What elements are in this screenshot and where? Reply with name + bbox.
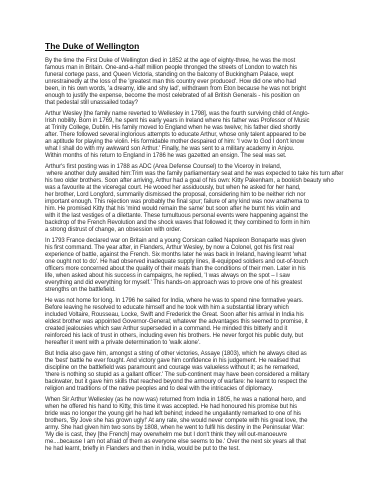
paragraph-assaye: But India also gave him, amongst a strin… <box>45 351 350 393</box>
document-title: The Duke of Wellington <box>45 41 350 51</box>
paragraph-intro: By the time the First Duke of Wellington… <box>45 58 350 107</box>
paragraph-india-years: He was not home for long. In 1796 he sai… <box>45 298 350 347</box>
document-page: The Duke of Wellington By the time the F… <box>0 0 386 500</box>
paragraph-france-war: In 1793 France declared war on Britain a… <box>45 238 350 294</box>
paragraph-return-marriage: When Sir Arthur Wellesley (as he now was… <box>45 397 350 453</box>
paragraph-early-life: Arthur Wesley [the family name reverted … <box>45 111 350 160</box>
paragraph-first-posting: Arthur's first posting was in 1788 as AD… <box>45 164 350 234</box>
